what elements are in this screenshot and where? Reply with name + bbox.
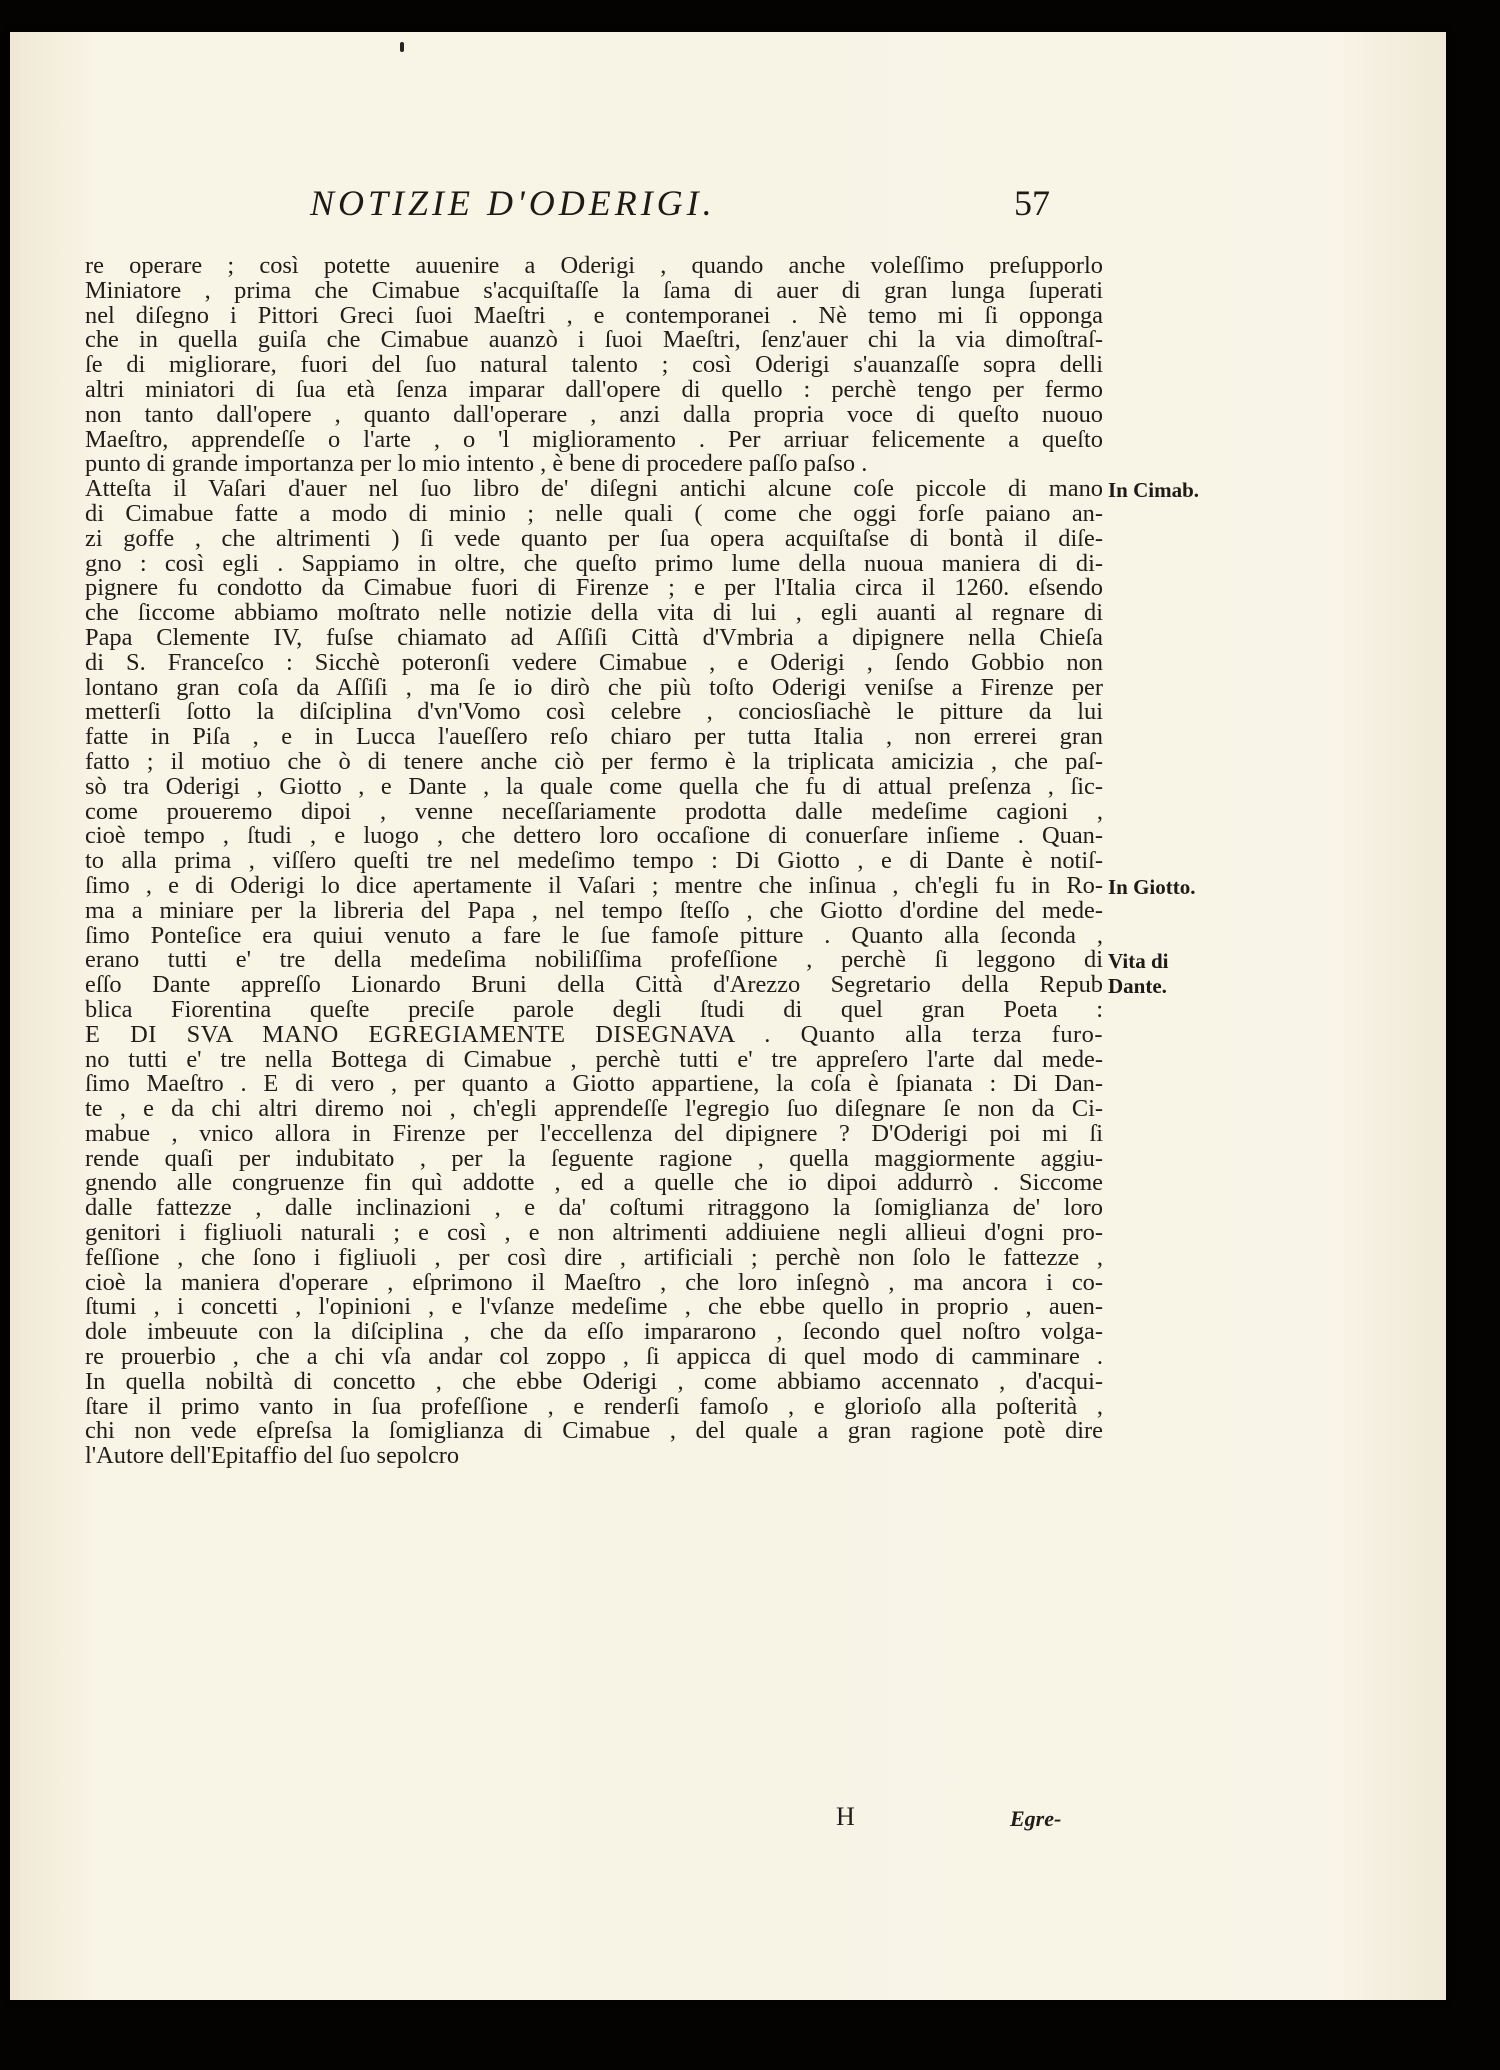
- text-line: ſe di migliorare, fuori del ſuo natural …: [85, 353, 1103, 378]
- text-line: che in quella guiſa che Cimabue auanzò i…: [85, 328, 1103, 353]
- margin-note: Dante.: [1108, 975, 1167, 997]
- ink-speck: [400, 42, 404, 52]
- signature-mark: H: [836, 1802, 855, 1832]
- text-line: di S. Franceſco : Sicchè poteronſi veder…: [85, 651, 1103, 676]
- text-line: to alla prima , viſſero queſti tre nel m…: [85, 849, 1103, 874]
- text-line: cioè la maniera d'operare , eſprimono il…: [85, 1271, 1103, 1296]
- text-line: fatte in Piſa , e in Lucca l'aueſſero re…: [85, 725, 1103, 750]
- book-page: NOTIZIE D'ODERIGI. 57 re operare ; così …: [10, 32, 1446, 2000]
- text-line: punto di grande importanza per lo mio in…: [85, 452, 1103, 477]
- text-line: re operare ; così potette auuenire a Ode…: [85, 254, 1103, 279]
- text-line: ſimo Ponteſice era quiui venuto a fare l…: [85, 924, 1103, 949]
- text-line: l'Autore dell'Epitaffio del ſuo sepolcro: [85, 1444, 1103, 1469]
- text-line: ſtare il primo vanto in ſua profeſſione …: [85, 1395, 1103, 1420]
- text-line: rende quaſi per indubitato , per la ſegu…: [85, 1147, 1103, 1172]
- text-line: feſſione , che ſono i figliuoli , per co…: [85, 1246, 1103, 1271]
- margin-note: In Giotto.: [1108, 876, 1196, 898]
- text-line: lontano gran coſa da Aſſiſi , ma ſe io d…: [85, 676, 1103, 701]
- text-line: dole imbeuute con la diſciplina , che da…: [85, 1320, 1103, 1345]
- text-line: non tanto dall'opere , quanto dall'opera…: [85, 403, 1103, 428]
- text-line: Papa Clemente IV, fuſse chiamato ad Aſſi…: [85, 626, 1103, 651]
- text-line: fatto ; il motiuo che ò di tenere anche …: [85, 750, 1103, 775]
- body-text: re operare ; così potette auuenire a Ode…: [85, 254, 1103, 1469]
- text-line: Maeſtro, apprendeſſe o l'arte , o 'l mig…: [85, 428, 1103, 453]
- text-line: blica Fiorentina queſte preciſe parole d…: [85, 998, 1103, 1023]
- text-line: mabue , vnico allora in Firenze per l'ec…: [85, 1122, 1103, 1147]
- text-line: erano tutti e' tre della medeſima nobili…: [85, 948, 1103, 973]
- text-line: sò tra Oderigi , Giotto , e Dante , la q…: [85, 775, 1103, 800]
- page-footer: H Egre-: [10, 1802, 1446, 1842]
- text-line: altri miniatori di ſua età ſenza imparar…: [85, 378, 1103, 403]
- text-line: ma a miniare per la libreria del Papa , …: [85, 899, 1103, 924]
- text-line: cioè tempo , ſtudi , e luogo , che dette…: [85, 824, 1103, 849]
- page-number: 57: [1014, 182, 1050, 224]
- text-line: re prouerbio , che a chi vſa andar col z…: [85, 1345, 1103, 1370]
- text-line: no tutti e' tre nella Bottega di Cimabue…: [85, 1048, 1103, 1073]
- text-line: nel diſegno i Pittori Greci ſuoi Maeſtri…: [85, 304, 1103, 329]
- margin-note: In Cimab.: [1108, 479, 1199, 501]
- text-line: Atteſta il Vaſari d'auer nel ſuo libro d…: [85, 477, 1103, 502]
- text-line: te , e da chi altri diremo noi , ch'egli…: [85, 1097, 1103, 1122]
- margin-note: Vita di: [1108, 950, 1168, 972]
- text-line: gnendo alle congruenze fin quì addotte ,…: [85, 1171, 1103, 1196]
- text-line: chi non vede eſpreſsa la ſomiglianza di …: [85, 1419, 1103, 1444]
- text-line: In quella nobiltà di concetto , che ebbe…: [85, 1370, 1103, 1395]
- running-title: NOTIZIE D'ODERIGI.: [310, 182, 716, 224]
- text-line: E DI SVA MANO EGREGIAMENTE DISEGNAVA . Q…: [85, 1023, 1103, 1048]
- text-line: Miniatore , prima che Cimabue s'acquiſta…: [85, 279, 1103, 304]
- page-header: NOTIZIE D'ODERIGI. 57: [310, 182, 1050, 232]
- text-line: gno : così egli . Sappiamo in oltre, che…: [85, 552, 1103, 577]
- text-line: pignere fu condotto da Cimabue fuori di …: [85, 576, 1103, 601]
- catchword: Egre-: [1010, 1806, 1061, 1832]
- text-line: genitori i figliuoli naturali ; e così ,…: [85, 1221, 1103, 1246]
- text-line: di Cimabue fatte a modo di minio ; nelle…: [85, 502, 1103, 527]
- text-line: ſtumi , i concetti , l'opinioni , e l'vſ…: [85, 1295, 1103, 1320]
- text-line: ſimo Maeſtro . E di vero , per quanto a …: [85, 1072, 1103, 1097]
- text-line: come proueremo dipoi , venne neceſſariam…: [85, 800, 1103, 825]
- text-line: zi goffe , che altrimenti ) ſi vede quan…: [85, 527, 1103, 552]
- text-line: metterſi ſotto la diſciplina d'vn'Vomo c…: [85, 700, 1103, 725]
- text-line: eſſo Dante appreſſo Lionardo Bruni della…: [85, 973, 1103, 998]
- text-line: dalle fattezze , dalle inclinazioni , e …: [85, 1196, 1103, 1221]
- text-line: ſimo , e di Oderigi lo dice apertamente …: [85, 874, 1103, 899]
- text-line: che ſiccome abbiamo moſtrato nelle notiz…: [85, 601, 1103, 626]
